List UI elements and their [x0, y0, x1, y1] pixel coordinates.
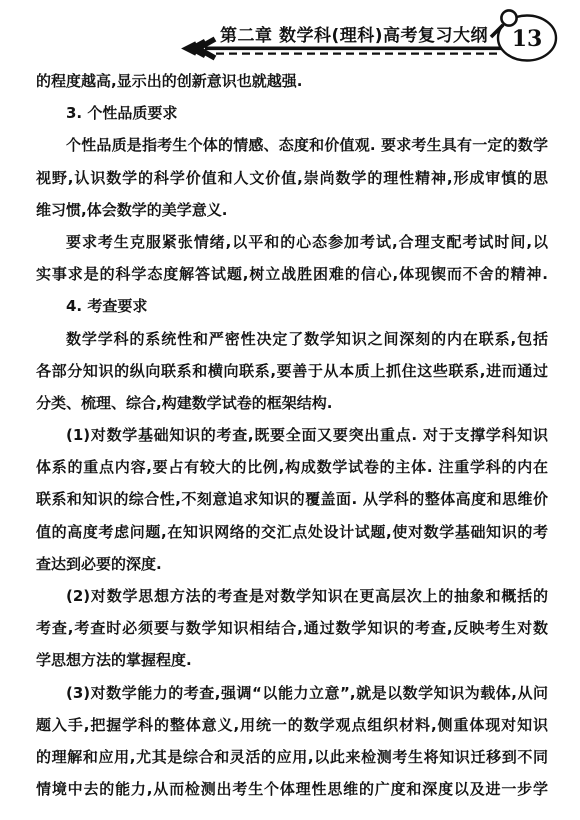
text-line: 维习惯,体会数学的美学意义.	[36, 194, 548, 226]
text-line: 各部分知识的纵向联系和横向联系,要善于从本质上抓住这些联系,进而通过	[36, 355, 548, 387]
chapter-title: 第二章 数学科(理科)高考复习大纲	[220, 21, 488, 46]
text-line: 题入手,把握学科的整体意义,用统一的数学观点组织材料,侧重体现对知识	[36, 709, 548, 741]
body-text: 的程度越高,显示出的创新意识也就越强.3. 个性品质要求个性品质是指考生个体的情…	[36, 65, 548, 805]
text-line: 情境中去的能力,从而检测出考生个体理性思维的广度和深度以及进一步学	[36, 773, 548, 805]
page-header: 第二章 数学科(理科)高考复习大纲 13	[0, 0, 580, 70]
text-line: (1)对数学基础知识的考查,既要全面又要突出重点. 对于支撑学科知识	[36, 419, 548, 451]
text-line: 3. 个性品质要求	[36, 97, 548, 129]
scanned-book-page: 第二章 数学科(理科)高考复习大纲 13 的程度越高,显示出的创新意识也就越强.…	[0, 0, 580, 820]
text-line: (2)对数学思想方法的考查是对数学知识在更高层次上的抽象和概括的	[36, 580, 548, 612]
text-line: 实事求是的科学态度解答试题,树立战胜困难的信心,体现锲而不舍的精神.	[36, 258, 548, 290]
text-line: 分类、梳理、综合,构建数学试卷的框架结构.	[36, 387, 548, 419]
text-line: 视野,认识数学的科学价值和人文价值,崇尚数学的理性精神,形成审慎的思	[36, 162, 548, 194]
text-line: 查达到必要的深度.	[36, 548, 548, 580]
text-line: 考查,考查时必须要与数学知识相结合,通过数学知识的考查,反映考生对数	[36, 612, 548, 644]
text-line: 学思想方法的掌握程度.	[36, 644, 548, 676]
header-rule	[205, 47, 507, 51]
text-line: 的程度越高,显示出的创新意识也就越强.	[36, 65, 548, 97]
text-line: 联系和知识的综合性,不刻意追求知识的覆盖面. 从学科的整体高度和思维价	[36, 483, 548, 515]
text-line: 体系的重点内容,要占有较大的比例,构成数学试卷的主体. 注重学科的内在	[36, 451, 548, 483]
text-line: 个性品质是指考生个体的情感、态度和价值观. 要求考生具有一定的数学	[36, 129, 548, 161]
text-line: 4. 考查要求	[36, 290, 548, 322]
text-line: 值的高度考虑问题,在知识网络的交汇点处设计试题,使对数学基础知识的考	[36, 516, 548, 548]
text-line: (3)对数学能力的考查,强调“以能力立意”,就是以数学知识为载体,从问	[36, 677, 548, 709]
text-line: 要求考生克服紧张情绪,以平和的心态参加考试,合理支配考试时间,以	[36, 226, 548, 258]
page-number-badge: 13	[498, 16, 556, 61]
text-line: 数学学科的系统性和严密性决定了数学知识之间深刻的内在联系,包括	[36, 323, 548, 355]
text-line: 的理解和应用,尤其是综合和灵活的应用,以此来检测考生将知识迁移到不同	[36, 741, 548, 773]
